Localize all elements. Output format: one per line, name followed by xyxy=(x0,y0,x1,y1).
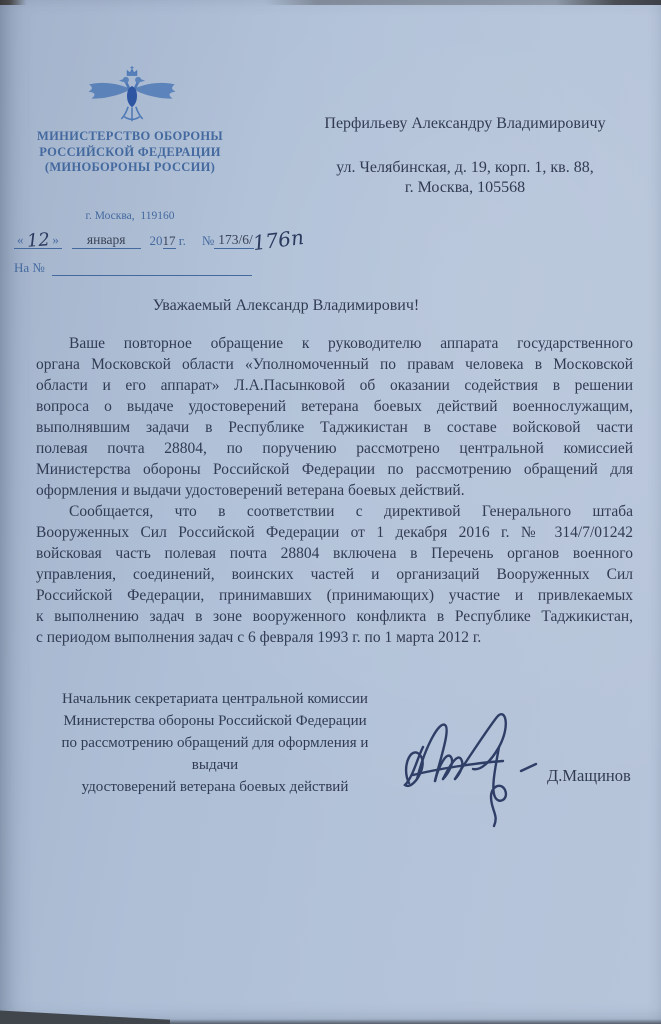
body-p2-line: управления, соединений, воинских частей … xyxy=(36,564,633,585)
signer-title-line: Начальник секретариата центральной комис… xyxy=(40,688,390,710)
city-postal-line: г. Москва, 119160 xyxy=(22,210,238,222)
ministry-line-2: РОССИЙСКОЙ ФЕДЕРАЦИИ xyxy=(22,145,238,161)
ministry-name-block: МИНИСТЕРСТВО ОБОРОНЫ РОССИЙСКОЙ ФЕДЕРАЦИ… xyxy=(22,129,238,176)
salutation: Уважаемый Александр Владимирович! xyxy=(36,297,536,315)
recipient-name: Перфильеву Александру Владимировичу xyxy=(312,114,618,134)
scanned-letter-page: МИНИСТЕРСТВО ОБОРОНЫ РОССИЙСКОЙ ФЕДЕРАЦИ… xyxy=(0,0,661,1024)
body-p1-line: выполнявшим задачи в Республике Таджикис… xyxy=(36,417,633,438)
signer-title-line: удостоверений ветерана боевых действий xyxy=(40,776,390,798)
mod-eagle-emblem-icon xyxy=(86,64,178,128)
date-and-number-line: « 12 » января 2017 г. № 173/6/ 176п xyxy=(14,232,344,249)
close-quote: » xyxy=(52,232,59,248)
ministry-line-1: МИНИСТЕРСТВО ОБОРОНЫ xyxy=(22,129,238,145)
body-p2-line: войсковая часть полевая почта 28804 вклю… xyxy=(36,543,633,564)
year-group: 2017 г. xyxy=(150,233,186,249)
recipient-address-line2: г. Москва, 105568 xyxy=(312,178,618,198)
body-p2-line: с периодом выполнения задач с 6 февраля … xyxy=(36,627,633,648)
date-day-group: « 12 » xyxy=(14,232,62,249)
recipient-block: Перфильеву Александру Владимировичу ул. … xyxy=(312,114,618,198)
outgoing-number-typed: 173/6/ xyxy=(214,232,254,249)
signer-title-block: Начальник секретариата центральной комис… xyxy=(40,688,390,798)
body-p1-line: области и его аппарат» Л.А.Пасынковой об… xyxy=(36,375,633,396)
year-filled: 17 xyxy=(163,233,176,249)
photo-bottom-left-corner xyxy=(0,1009,170,1024)
number-sign: № xyxy=(202,233,214,249)
body-p2-line: к выполнению задач в зоне вооруженного к… xyxy=(36,606,633,627)
recipient-address-line1: ул. Челябинская, д. 19, корп. 1, кв. 88, xyxy=(312,158,618,178)
ministry-line-3: (МИНОБОРОНЫ РОССИИ) xyxy=(22,160,238,176)
outgoing-number-handwritten: 176п xyxy=(252,230,304,250)
body-p1-line: Ваше повторное обращение к руководителю … xyxy=(36,333,633,354)
letter-body: Ваше повторное обращение к руководителю … xyxy=(36,333,633,648)
handwritten-day: 12 xyxy=(26,233,50,249)
body-p1-line: органа Московской области «Уполномоченны… xyxy=(36,354,633,375)
body-p1-line: Министерства обороны Российской Федераци… xyxy=(36,459,633,480)
signer-name: Д.Мащинов xyxy=(547,766,631,786)
reply-to-number-line: На № xyxy=(14,260,252,276)
reply-number-blank xyxy=(52,261,252,276)
body-p1-line: полевая почта 28804, по поручению рассмо… xyxy=(36,438,633,459)
signer-title-line: по рассмотрению обращений для оформления… xyxy=(40,732,390,776)
reply-label: На № xyxy=(14,260,45,276)
body-p1-line: оформления и выдачи удостоверений ветера… xyxy=(36,480,633,501)
handwritten-signature xyxy=(393,703,558,828)
signer-title-line: Министерства обороны Российской Федераци… xyxy=(40,710,390,732)
typed-month: января xyxy=(72,232,141,249)
body-p2-line: Вооруженных Сил Российской Федерации от … xyxy=(36,522,633,543)
year-printed: 20 xyxy=(150,233,163,248)
open-quote: « xyxy=(17,232,24,248)
photo-top-edge xyxy=(0,0,661,5)
body-p1-line: вопроса о выдаче удостоверений ветерана … xyxy=(36,396,633,417)
body-p2-line: Российской Федерации, принимавших (прини… xyxy=(36,585,633,606)
body-p2-line: Сообщается, что в соответствии с директи… xyxy=(36,501,633,522)
year-suffix: г. xyxy=(176,233,186,248)
